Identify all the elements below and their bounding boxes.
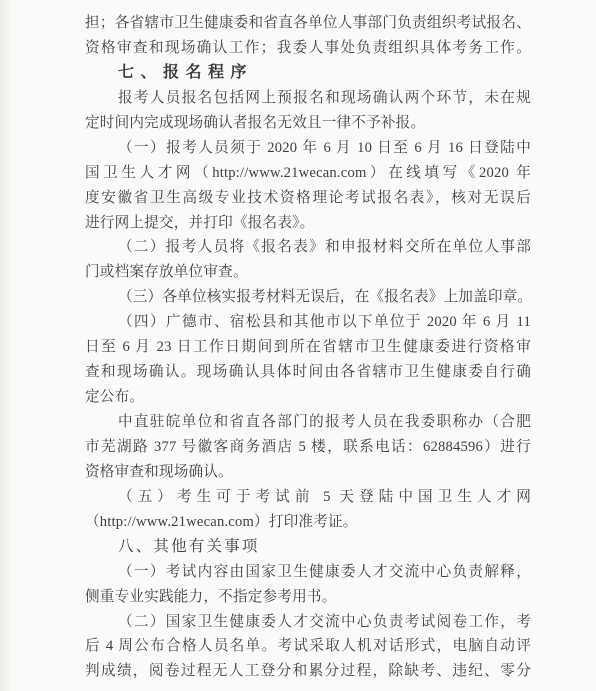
text-line: 定时间内完成现场确认者报名无效且一律不予补报。	[85, 111, 531, 136]
text-line: （一）报考人员须于 2020 年 6 月 10 日至 6 月 16 日登陆中	[85, 136, 531, 161]
text-line: 担；各省辖市卫生健康委和省直各单位人事部门负责组织考试报名、	[85, 11, 531, 36]
text-line: 判成绩，阅卷过程无人工登分和累分过程，除缺考、违纪、零分	[85, 659, 531, 684]
text-line: 中直驻皖单位和省直各部门的报考人员在我委职称办（合肥	[85, 410, 531, 435]
text-line: 定公布。	[85, 385, 531, 410]
text-line: 市芜湖路 377 号徽客商务酒店 5 楼，联系电话：62884596）进行	[85, 435, 531, 460]
text-line: （http://www.21wecan.com）打印准考证。	[85, 510, 531, 535]
text-line: （三）各单位核实报考材料无误后，在《报名表》上加盖印章。	[85, 285, 531, 310]
scan-edge-shading	[0, 0, 12, 691]
text-line: 后 4 周公布合格人员名单。考试采取人机对话形式，电脑自动评	[85, 634, 531, 659]
text-line: （二）国家卫生健康委人才交流中心负责考试阅卷工作，考	[85, 610, 531, 635]
text-line: （一）考试内容由国家卫生健康委人才交流中心负责解释，	[85, 560, 531, 585]
text-line: （五）考生可于考试前 5 天登陆中国卫生人才网	[85, 485, 531, 510]
text-line: （四）广德市、宿松县和其他市以下单位于 2020 年 6 月 11	[85, 310, 531, 335]
text-line: 查和现场确认。现场确认具体时间由各省辖市卫生健康委自行确	[85, 360, 531, 385]
text-line: （二）报考人员将《报名表》和申报材料交所在单位人事部	[85, 235, 531, 260]
text-line: 门或档案存放单位审查。	[85, 260, 531, 285]
text-line: 报考人员报名包括网上预报名和现场确认两个环节，未在规	[85, 86, 531, 111]
document-page: 担；各省辖市卫生健康委和省直各单位人事部门负责组织考试报名、 资格审查和现场确认…	[0, 0, 596, 691]
text-line: 国卫生人才网（http://www.21wecan.com）在线填写《2020 …	[85, 161, 531, 186]
text-line: 度安徽省卫生高级专业技术资格理论考试报名表》，核对无误后	[85, 186, 531, 211]
text-line: 进行网上提交，并打印《报名表》。	[85, 211, 531, 236]
document-text-block: 担；各省辖市卫生健康委和省直各单位人事部门负责组织考试报名、 资格审查和现场确认…	[85, 11, 531, 684]
text-line: 资格审查和现场确认工作；我委人事处负责组织具体考务工作。	[85, 36, 531, 61]
section-heading: 七、报名程序	[85, 61, 531, 86]
section-heading: 八、其他有关事项	[85, 535, 531, 560]
text-line: 资格审查和现场确认。	[85, 460, 531, 485]
text-line: 侧重专业实践能力，不指定参考用书。	[85, 585, 531, 610]
text-line: 日至 6 月 23 日工作日期间到所在省辖市卫生健康委进行资格审	[85, 335, 531, 360]
